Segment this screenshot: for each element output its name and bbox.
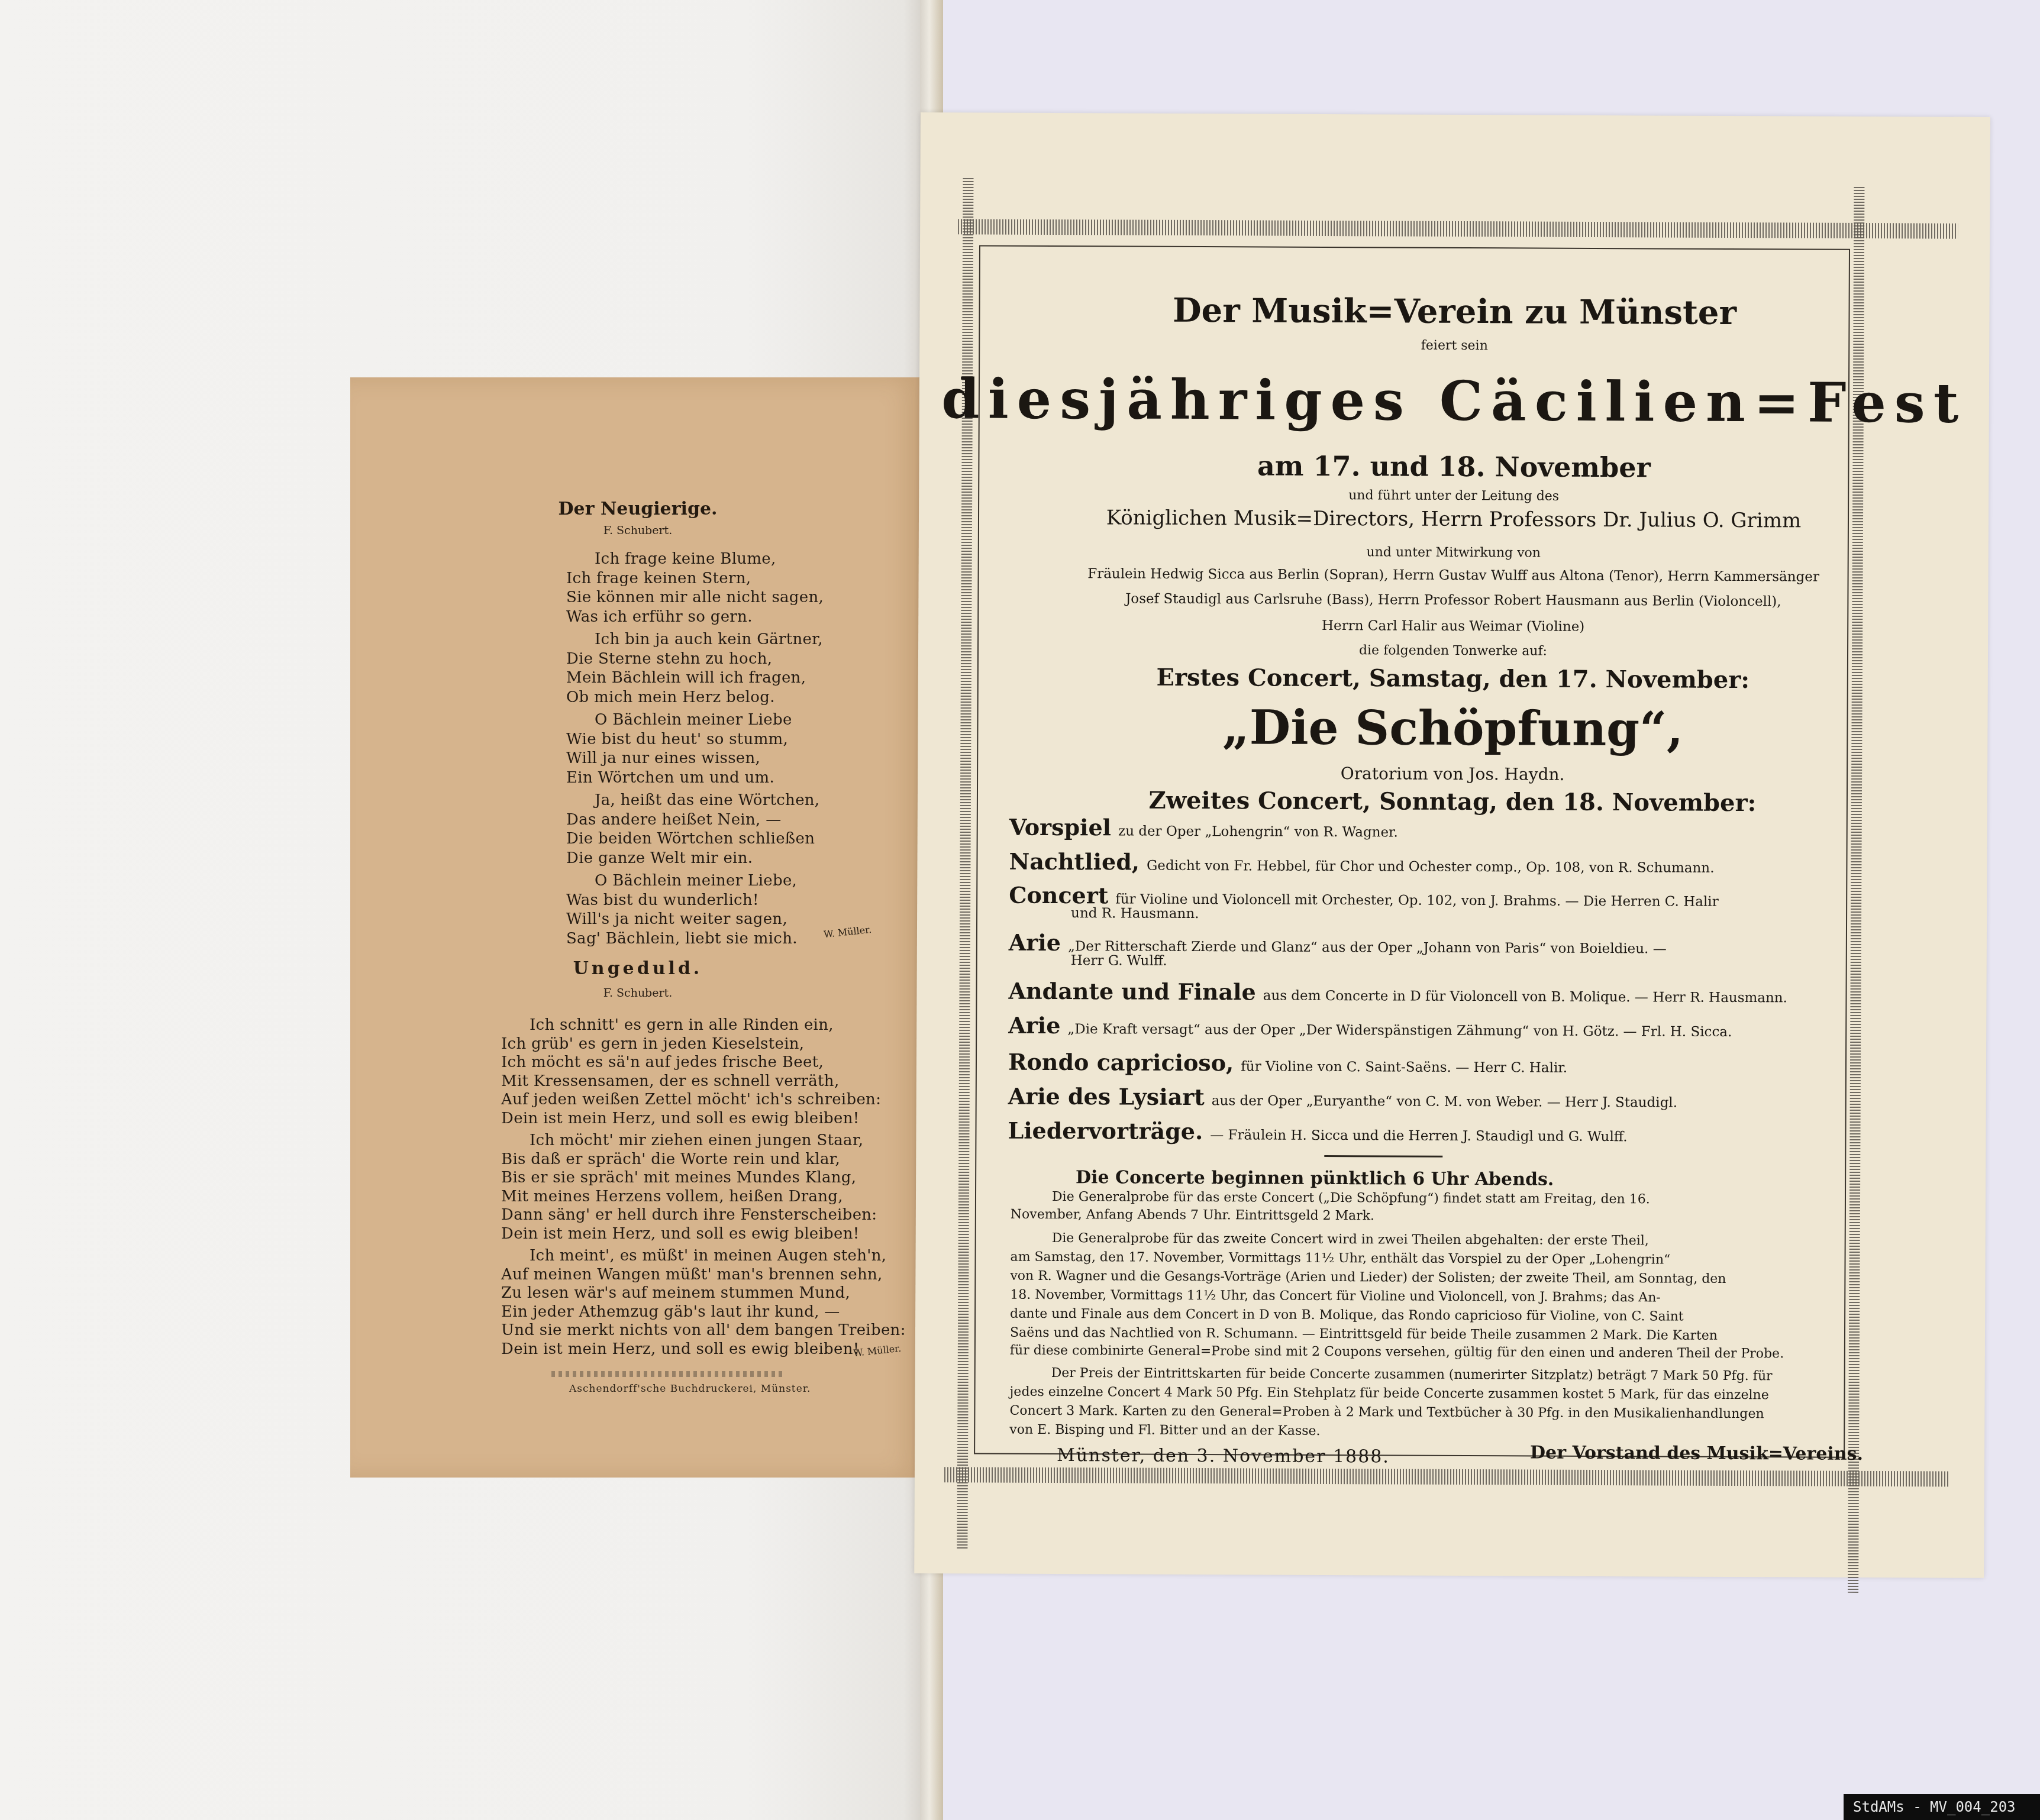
printer-imprint: Aschendorff'sche Buchdruckerei, Münster. [569, 1383, 811, 1395]
poem-line: Sie können mir alle nicht sagen, [566, 589, 824, 606]
poem-line: Ich möcht' mir ziehen einen jungen Staar… [530, 1132, 863, 1149]
poem-line: Ich frage keinen Stern, [566, 570, 751, 587]
note-line: November, Anfang Abends 7 Uhr. Eintritts… [1011, 1207, 1374, 1224]
program-item-title: Vorspiel [1009, 814, 1112, 841]
poem-line: Was ich erführ so gern. [566, 608, 753, 626]
note-line: Der Preis der Eintrittskarten für beide … [1051, 1366, 1773, 1383]
program-item-desc: aus der Oper „Euryanthe“ von C. M. von W… [1212, 1093, 1677, 1110]
poem-line: Sag' Bächlein, liebt sie mich. [566, 930, 798, 948]
program-item-title: Liedervorträge. [1008, 1117, 1203, 1145]
poem1-composer: F. Schubert. [350, 524, 925, 537]
program-item-desc-cont: Herr G. Wulff. [1071, 953, 1167, 969]
program-item: Liedervorträge.— Fräulein H. Sicca und d… [1008, 1117, 1627, 1147]
program-item-desc: zu der Oper „Lohengrin“ von R. Wagner. [1118, 823, 1398, 840]
director-name: Königlichen Musik=Directors, Herrn Profe… [919, 505, 1989, 534]
poem-line: O Bächlein meiner Liebe, [595, 872, 797, 890]
poem-line: Ich möcht es sä'n auf jedes frische Beet… [501, 1053, 824, 1071]
poem-line: Dein ist mein Herz, und soll es ewig ble… [501, 1110, 860, 1127]
poem-line: Ich schnitt' es gern in alle Rinden ein, [530, 1016, 834, 1034]
archive-label: StdAMs - MV_004_203 [1844, 1794, 2040, 1820]
note-line: Die Generalprobe für das zweite Concert … [1052, 1231, 1649, 1248]
poem-line: Wie bist du heut' so stumm, [566, 730, 788, 748]
poem2-title: Ungeduld. [350, 958, 925, 979]
program-item-desc: für Violine und Violoncell mit Orchester… [1115, 891, 1719, 909]
note-line: am Samstag, den 17. November, Vormittags… [1011, 1250, 1671, 1268]
note-line: Die Generalprobe für das erste Concert (… [1052, 1189, 1650, 1207]
note-line: 18. November, Vormittags 11½ Uhr, das Co… [1010, 1288, 1661, 1305]
poem-line: Ich bin ja auch kein Gärtner, [595, 631, 823, 648]
poem-line: Auf jeden weißen Zettel möcht' ich's sch… [501, 1091, 881, 1108]
poem2-author: W. Müller. [853, 1343, 902, 1359]
poem-line: Will ja nur eines wissen, [566, 749, 760, 767]
program-item-desc-cont: und R. Hausmann. [1071, 906, 1199, 922]
program-item: Andante und Finaleaus dem Concerte in D … [1008, 978, 1787, 1008]
program-item: Nachtlied,Gedicht von Fr. Hebbel, für Ch… [1009, 848, 1714, 878]
program-item: Arie„Die Kraft versagt“ aus der Oper „De… [1008, 1012, 1732, 1042]
program-item-title: Nachtlied, [1009, 848, 1140, 875]
poem-line: Und sie merkt nichts von all' dem bangen… [501, 1321, 906, 1339]
place-date: Münster, den 3. November 1888. [1057, 1445, 1390, 1467]
concert1-heading: Erstes Concert, Samstag, den 17. Novembe… [918, 662, 1988, 695]
poem1-author: W. Müller. [823, 924, 872, 940]
poem-line: Ob mich mein Herz belog. [566, 688, 775, 706]
song-leaflet: Der Neugierige. F. Schubert. Ich frage k… [350, 377, 925, 1478]
poem-line: Will's ja nicht weiter sagen, [566, 910, 787, 928]
program-item-desc: aus dem Concerte in D für Violoncell von… [1263, 988, 1787, 1006]
poem-line: Die beiden Wörtchen schließen [566, 830, 815, 848]
poem-line: Bis er sie spräch' mit meines Mundes Kla… [501, 1169, 856, 1187]
poem-line: Das andere heißet Nein, — [566, 811, 781, 829]
program-item-title: Arie [1009, 929, 1061, 956]
program-item-desc: für Violine von C. Saint-Saëns. — Herr C… [1241, 1059, 1567, 1075]
border-top-hatch [958, 219, 1958, 238]
poem-line: Ja, heißt das eine Wörtchen, [595, 791, 819, 809]
program-item: Rondo capricioso,für Violine von C. Sain… [1008, 1049, 1567, 1078]
poem-line: Ein Wörtchen um und um. [566, 769, 774, 787]
poem-line: Ich frage keine Blume, [595, 550, 776, 568]
poem-line: Dann säng' er hell durch ihre Fenstersch… [501, 1206, 877, 1224]
poem-line: Mit meines Herzens vollem, heißen Drang, [501, 1188, 843, 1205]
poem-line: Die Sterne stehn zu hoch, [566, 650, 772, 668]
poem-line: Bis daß er spräch' die Worte rein und kl… [501, 1150, 840, 1168]
poem-line: Auf meinen Wangen müßt' man's brennen se… [501, 1266, 883, 1284]
note-line: dante und Finale aus dem Concert in D vo… [1010, 1307, 1684, 1324]
poem-line: Die ganze Welt mir ein. [566, 849, 753, 867]
program-item-title: Arie [1008, 1012, 1060, 1039]
poem2-composer: F. Schubert. [350, 987, 925, 1000]
note-line: von R. Wagner und die Gesangs-Vorträge (… [1010, 1269, 1726, 1286]
border-bottom-hatch [944, 1467, 1950, 1486]
festival-dates: am 17. und 18. November [919, 448, 1989, 485]
program-item-desc: Gedicht von Fr. Hebbel, für Chor und Och… [1147, 858, 1715, 876]
signature: Der Vorstand des Musik=Vereins. [1530, 1443, 1863, 1465]
program-item-title: Rondo capricioso, [1008, 1049, 1234, 1077]
wavy-divider [551, 1371, 782, 1377]
concert-poster: Der Musik=Verein zu Münster feiert sein … [914, 112, 1990, 1578]
note-line: von E. Bisping und Fl. Bitter und an der… [1009, 1423, 1320, 1438]
note-line: Saëns und das Nachtlied von R. Schumann.… [1010, 1326, 1718, 1343]
concert2-heading: Zweites Concert, Sonntag, den 18. Novemb… [918, 785, 1987, 818]
poster-header: Der Musik=Verein zu Münster [919, 290, 1989, 334]
program-item-desc: „Die Kraft versagt“ aus der Oper „Der Wi… [1067, 1021, 1732, 1040]
poem-line: O Bächlein meiner Liebe [595, 711, 792, 729]
program-item: Arie des Lysiartaus der Oper „Euryanthe“… [1008, 1083, 1678, 1113]
poem-line: Mit Kressensamen, der es schnell verräth… [501, 1072, 839, 1090]
poem-line: Ich grüb' es gern in jeden Kieselstein, [501, 1035, 804, 1053]
poem-line: Zu lesen wär's auf meinem stummen Mund, [501, 1284, 850, 1302]
program-item-title: Arie des Lysiart [1008, 1083, 1205, 1110]
poem-line: Dein ist mein Herz, und soll es ewig ble… [501, 1340, 860, 1358]
program-item-title: Andante und Finale [1008, 978, 1255, 1006]
program-item-desc: — Fräulein H. Sicca und die Herren J. St… [1210, 1127, 1628, 1145]
poem1-title: Der Neugierige. [350, 499, 925, 519]
concert1-work: „Die Schöpfung“, [918, 698, 1987, 758]
poem-line: Ein jeder Athemzug gäb's laut ihr kund, … [501, 1303, 840, 1321]
program-item: Vorspielzu der Oper „Lohengrin“ von R. W… [1009, 814, 1398, 842]
poem-line: Ich meint', es müßt' in meinen Augen ste… [530, 1247, 886, 1265]
start-time: Die Concerte beginnen pünktlich 6 Uhr Ab… [1076, 1167, 1554, 1190]
festival-title: diesjähriges Cäcilien=Fest [919, 367, 1989, 435]
program-item-title: Concert [1009, 882, 1108, 909]
poem-line: Mein Bächlein will ich fragen, [566, 669, 806, 687]
poem-line: Was bist du wunderlich! [566, 891, 759, 909]
poem-line: Dein ist mein Herz, und soll es ewig ble… [501, 1225, 860, 1243]
